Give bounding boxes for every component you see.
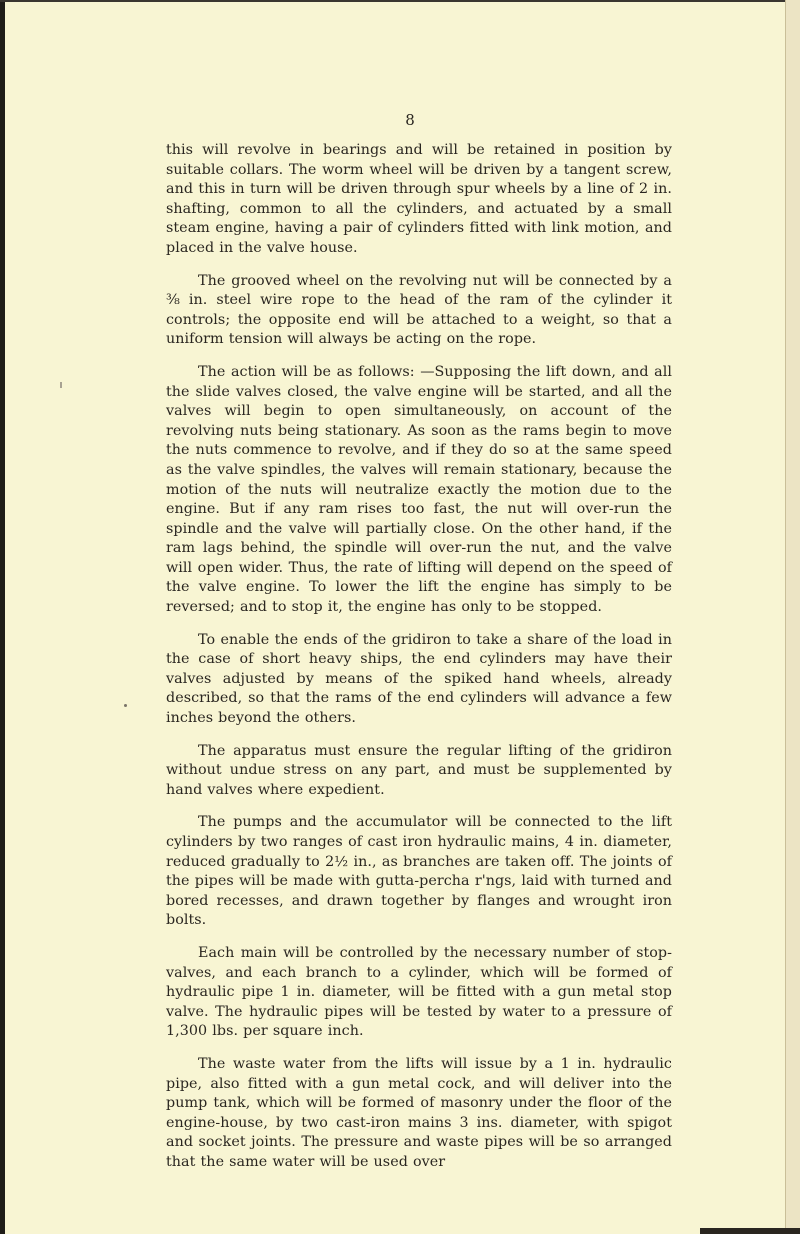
- paragraph-p3: The action will be as follows: —Supposin…: [166, 363, 672, 618]
- paragraph-p8: The waste water from the lifts will issu…: [166, 1055, 672, 1173]
- page-gutter-strip: [785, 0, 800, 1234]
- paragraph-p4: To enable the ends of the gridiron to ta…: [166, 631, 672, 729]
- paragraph-p6: The pumps and the accumulator will be co…: [166, 813, 672, 931]
- document-body: this will revolve in bearings and will b…: [166, 141, 672, 1186]
- paragraph-p1: this will revolve in bearings and will b…: [166, 141, 672, 259]
- paragraph-p7: Each main will be controlled by the nece…: [166, 944, 672, 1042]
- paragraph-p5: The apparatus must ensure the regular li…: [166, 742, 672, 801]
- ink-speck-mark: [124, 704, 127, 707]
- ink-speck-mark: [60, 382, 62, 388]
- scan-left-edge: [0, 0, 5, 1234]
- scan-bottom-corner: [700, 1228, 800, 1234]
- scan-top-edge: [0, 0, 785, 2]
- paragraph-p2: The grooved wheel on the revolving nut w…: [166, 272, 672, 350]
- page-number: 8: [0, 111, 800, 129]
